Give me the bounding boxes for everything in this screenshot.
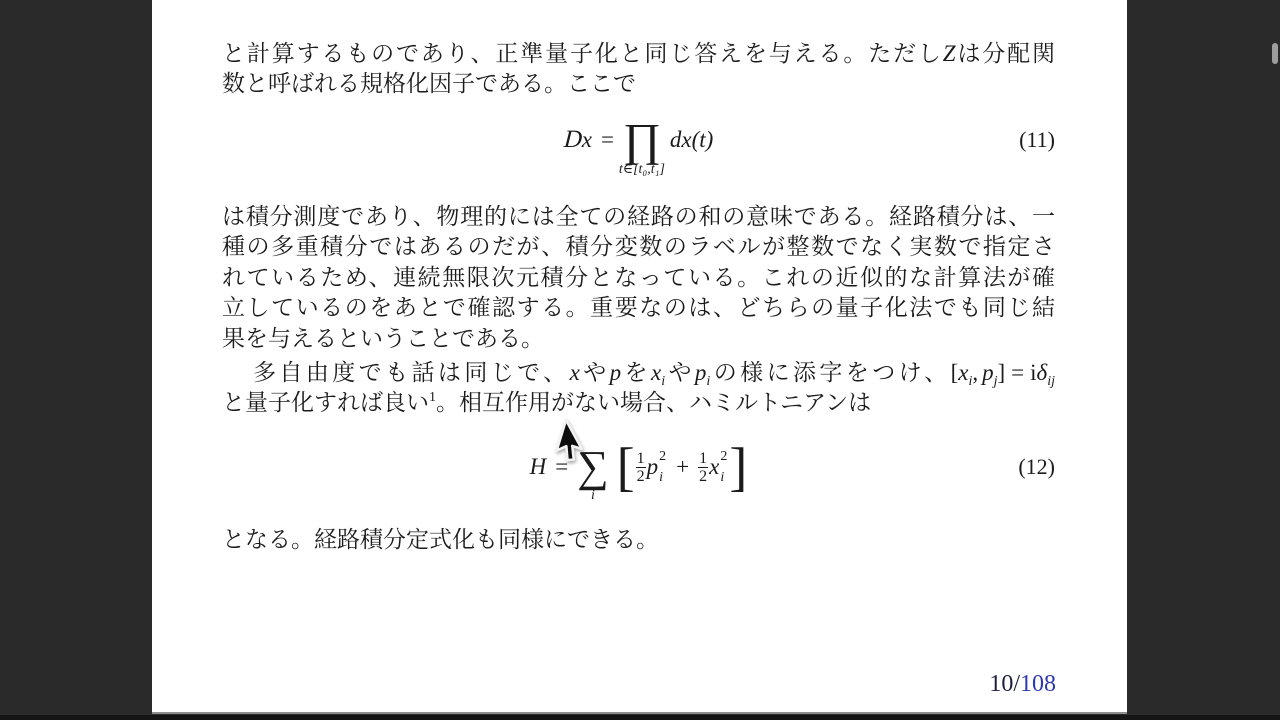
math-var-pj: p bbox=[982, 360, 994, 385]
math-delta: δ bbox=[1037, 360, 1048, 385]
product-operator: ∏ t∈[t₀,t₁] bbox=[623, 120, 661, 161]
text-run: と量子化すれば良い bbox=[222, 390, 429, 415]
mouse-cursor-icon bbox=[552, 412, 596, 464]
math-var-x: x bbox=[582, 127, 592, 153]
page-current: 10 bbox=[989, 671, 1013, 697]
text-line: と計算するものであり、正準量子化と同じ答えを与える。ただしZは分配関 bbox=[222, 39, 1055, 69]
bracket-close: ] bbox=[998, 360, 1006, 385]
equation-12: H = ∑ i [ 12 p 2i + 12 x 2i ] (12) bbox=[222, 439, 1055, 495]
text-run: や bbox=[665, 360, 695, 385]
text-line: 数と呼ばれる規格化因子である。ここで bbox=[222, 69, 1055, 99]
document-page: と計算するものであり、正準量子化と同じ答えを与える。ただしZは分配関 数と呼ばれ… bbox=[152, 0, 1127, 714]
text-line: は積分測度であり、物理的には全ての経路の和の意味である。経路積分は、一 bbox=[222, 202, 1055, 232]
math-var-x: x bbox=[570, 360, 580, 385]
fraction-one-half: 12 bbox=[636, 450, 646, 485]
sup-sub-stack: 2i bbox=[720, 445, 727, 489]
text-line: と量子化すれば良い1。相互作用がない場合、ハミルトニアンは bbox=[222, 388, 1055, 418]
text-line: となる。経路積分定式化も同様にできる。 bbox=[222, 525, 1055, 555]
product-symbol: ∏ bbox=[623, 120, 661, 160]
page-number: 10/108 bbox=[989, 670, 1056, 698]
equals-sign: = bbox=[601, 127, 614, 153]
sum-limits: i bbox=[591, 489, 595, 503]
math-var-xi: x bbox=[958, 360, 968, 385]
paragraph-1: と計算するものであり、正準量子化と同じ答えを与える。ただしZは分配関 数と呼ばれ… bbox=[222, 39, 1055, 100]
text-run: 。相互作用がない場合、ハミルトニアンは bbox=[436, 390, 871, 415]
bracket-open: [ bbox=[617, 442, 635, 492]
math-sub-ij: ij bbox=[1047, 374, 1055, 389]
text-line: 種の多重積分ではあるのだが、積分変数のラベルが整数でなく実数で指定さ bbox=[222, 232, 1055, 262]
subscript-i: i bbox=[720, 472, 727, 484]
footnote-marker[interactable]: 1 bbox=[429, 390, 436, 405]
product-limits: t∈[t₀,t₁] bbox=[619, 163, 665, 177]
page-separator: / bbox=[1013, 671, 1020, 697]
text-line: 多自由度でも話は同じで、xやpをxiやpiの様に添字をつけ、[xi,pj]=iδ… bbox=[222, 358, 1055, 388]
math-var-p: p bbox=[647, 454, 659, 480]
math-var-H: H bbox=[530, 454, 547, 480]
fraction-one-half: 12 bbox=[698, 450, 708, 485]
text-line: れているため、連続無限次元積分となっている。これの近似的な計算法が確 bbox=[222, 263, 1055, 293]
text-line: 果を与えるということである。 bbox=[222, 324, 1055, 354]
comma: , bbox=[972, 360, 978, 385]
fraction-denominator: 2 bbox=[698, 467, 708, 485]
sup-sub-stack: 2i bbox=[659, 445, 666, 489]
equation-number-12: (12) bbox=[1018, 454, 1055, 480]
fraction-numerator: 1 bbox=[699, 450, 707, 467]
text-run: 多自由度でも話は同じで、 bbox=[253, 360, 570, 385]
math-var-xi: x bbox=[651, 360, 661, 385]
paragraph-4: となる。経路積分定式化も同様にできる。 bbox=[222, 525, 1055, 555]
text-run: と計算するものであり、正準量子化と同じ答えを与える。ただし bbox=[222, 41, 943, 66]
math-var-x: x bbox=[709, 454, 719, 480]
equation-11: Dx = ∏ t∈[t₀,t₁] dx(t) (11) bbox=[222, 112, 1055, 168]
subscript-i: i bbox=[659, 472, 666, 484]
text-line: 立しているのをあとで確認する。重要なのは、どちらの量子化法でも同じ結 bbox=[222, 293, 1055, 323]
paragraph-3: 多自由度でも話は同じで、xやpをxiやpiの様に添字をつけ、[xi,pj]=iδ… bbox=[222, 358, 1055, 419]
plus-sign: + bbox=[676, 454, 689, 480]
equals-sign: = bbox=[1011, 360, 1024, 385]
text-run: の様に添字をつけ、 bbox=[710, 360, 950, 385]
math-integrand: dx(t) bbox=[670, 127, 713, 153]
bracket-close: ] bbox=[729, 442, 747, 492]
scrollbar-thumb[interactable] bbox=[1272, 43, 1278, 64]
fraction-denominator: 2 bbox=[636, 467, 646, 485]
text-run: は分配関 bbox=[956, 41, 1055, 66]
equation-number-11: (11) bbox=[1019, 127, 1055, 153]
superscript-2: 2 bbox=[659, 451, 666, 463]
text-run: を bbox=[621, 360, 651, 385]
fraction-numerator: 1 bbox=[637, 450, 645, 467]
math-script-D: D bbox=[563, 126, 583, 154]
paragraph-2: は積分測度であり、物理的には全ての経路の和の意味である。経路積分は、一 種の多重… bbox=[222, 202, 1055, 354]
math-var-p: p bbox=[610, 360, 622, 385]
text-run: や bbox=[580, 360, 610, 385]
math-var-Z: Z bbox=[943, 41, 956, 66]
math-var-pi: p bbox=[695, 360, 707, 385]
superscript-2: 2 bbox=[720, 451, 727, 463]
viewer-bottom-strip bbox=[0, 715, 1280, 720]
page-total[interactable]: 108 bbox=[1020, 671, 1056, 697]
